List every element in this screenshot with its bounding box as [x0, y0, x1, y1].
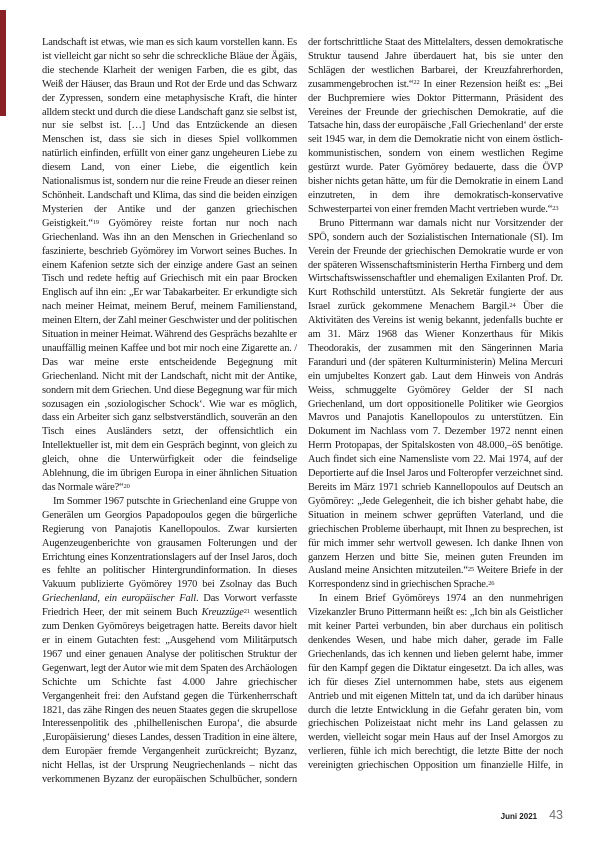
article-body: Landschaft ist etwas, wie man es sich ka…: [42, 36, 563, 798]
footer-issue-date: Juni 2021: [501, 812, 537, 821]
journal-page: Landschaft ist etwas, wie man es sich ka…: [0, 0, 600, 849]
paragraph-pittermann-verein: Bruno Pittermann war damals nicht nur Vo…: [308, 217, 563, 592]
paragraph-quote-landscape: Landschaft ist etwas, wie man es sich ka…: [42, 36, 297, 495]
footer-page-number: 43: [549, 808, 563, 822]
section-color-tab: [0, 10, 6, 116]
page-footer: Juni 2021 43: [501, 808, 563, 822]
